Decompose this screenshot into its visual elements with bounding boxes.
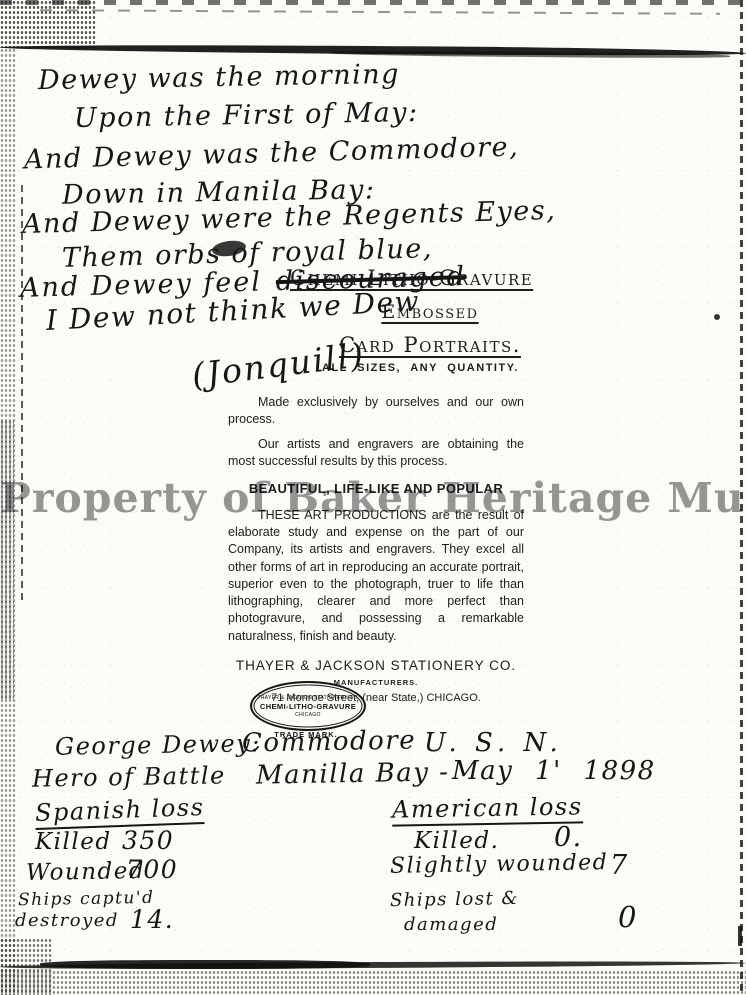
scan-top-heavy-line [0,43,746,56]
american-ships-label-line2: damaged [404,914,498,935]
poem-text: Upon the First of May: [74,97,419,134]
note-rank: Commodore [242,725,417,758]
advert-paragraph-3: THESE ART PRODUCTIONS are the result of … [228,507,524,645]
scan-top-thin-line [40,9,720,15]
scanned-document-page: Dewey was the morning Upon the First of … [0,0,746,995]
note-place: Manilla Bay - [256,757,450,790]
note-navy: U. S. N. [424,728,563,758]
poem-line-2: Upon the First of May: [74,97,419,134]
scan-top-heavy-line-shadow [330,50,730,58]
advert-body: Made exclusively by ourselves and our ow… [228,394,524,706]
advert-paragraph-2: Our artists and engravers are obtaining … [228,436,524,471]
stamp-arc-bottom-text: CHICAGO [295,712,321,718]
american-wounded-value: 7 [610,850,629,881]
american-ships-label-line1: Ships lost & [390,888,519,911]
scan-bottom-band [0,970,746,995]
scan-corner-smudge-bottom-left [0,938,52,995]
american-loss-header: American loss [392,792,583,823]
scan-right-edge-line [740,0,743,995]
spanish-wounded-value: 700 [126,855,178,884]
advert-subhead: BEAUTIFUL, LIFE-LIKE AND POPULAR [228,480,524,498]
american-wounded-label: Slightly wounded [390,850,609,879]
stamp-center-text: CHEMI-LITHO-GRAVURE [260,702,356,711]
spanish-loss-header: Spanish loss [35,793,205,827]
spanish-ships-label-line2: destroyed [15,910,119,931]
poem-line-1: Dewey was the morning [38,59,400,96]
scan-left-edge-noise [0,48,16,995]
advert-company-name: THAYER & JACKSON STATIONERY CO. [228,657,524,676]
advert-paragraph-1: Made exclusively by ourselves and our ow… [228,394,524,429]
spanish-killed-label: Killed [35,829,112,855]
scan-corner-smudge-top-left [0,0,96,48]
note-date: May 1' 1898 [452,756,656,786]
american-killed-value: 0. [554,822,583,853]
scan-top-edge-band [0,0,746,5]
american-killed-label: Killed. [414,828,499,854]
poem-text: Dewey was the morning [38,59,400,96]
spanish-killed-value: 350 [122,826,174,855]
scan-left-vertical-line [21,185,23,605]
scan-bottom-heavy-line [0,960,746,970]
handwritten-annotation: (Jonquill) [190,335,368,395]
note-hero: Hero of Battle [32,761,226,792]
american-ships-value: 0 [618,900,638,934]
ink-dot-artifact [714,314,720,320]
spanish-ships-value: 14. [130,905,174,934]
spanish-loss-header-text: Spanish loss [35,793,205,830]
scan-bottom-heavy-line-left [40,960,370,969]
poem-text: And Dewey was the Commodore, [24,132,520,176]
note-name: George Dewey: [55,729,261,761]
poem-line-3: And Dewey was the Commodore, [24,132,520,176]
scan-right-tick-mark [738,926,742,946]
scan-left-edge-dark-patch [0,420,14,700]
trademark-stamp-seal: THAYER & JACKSON STATIONERY CO CHEMI-LIT… [250,681,366,731]
stamp-arc-top-text: THAYER & JACKSON STATIONERY CO [258,695,358,701]
